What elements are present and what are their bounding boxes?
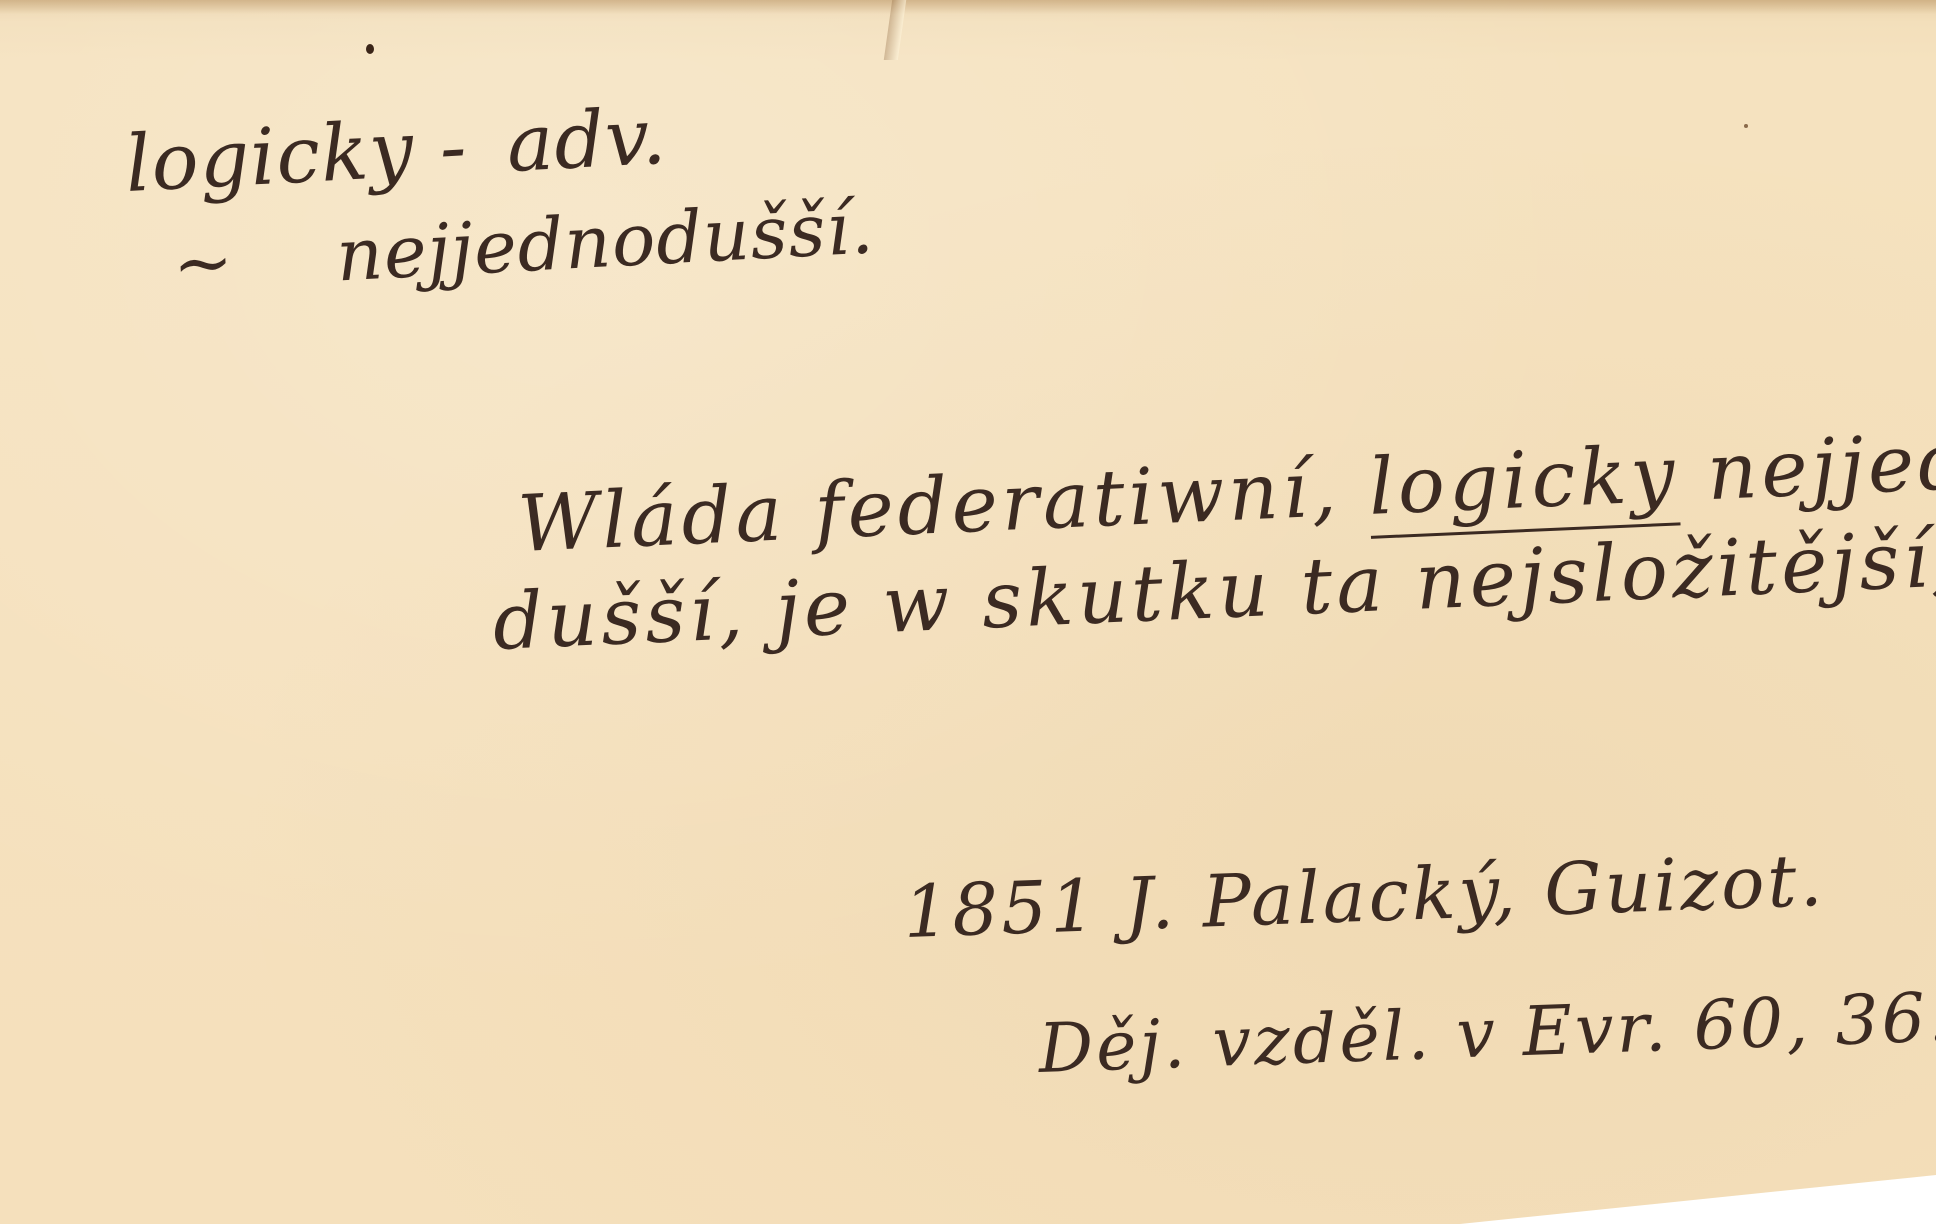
quotation-keyword-underlined: logicky <box>1367 429 1680 532</box>
headword-line: logicky - adv. <box>123 92 669 210</box>
variant-form: nejjednodušší. <box>334 185 876 297</box>
ink-speck <box>366 44 374 54</box>
repeat-mark-icon: ~ <box>171 216 285 306</box>
attribution-author: 1851 J. Palacký, Guizot. <box>902 838 1826 954</box>
variant-line: ~ nejjednodušší. <box>171 185 877 306</box>
ink-speck <box>1744 124 1748 128</box>
quotation-text: nejjedno- <box>1676 411 1936 520</box>
headword: logicky <box>123 105 416 210</box>
attribution-source: Děj. vzděl. v Evr. 60, 36. <box>1037 978 1936 1089</box>
card-top-edge-shadow <box>0 0 1936 14</box>
index-card: logicky - adv. ~ nejjednodušší. Wláda fe… <box>0 0 1936 1224</box>
attribution-text: 1851 J. Palacký, Guizot. <box>902 838 1826 954</box>
part-of-speech: adv. <box>505 92 670 190</box>
source-reference: Děj. vzděl. v Evr. 60, 36. <box>1037 978 1936 1089</box>
headword-separator: - <box>437 102 469 193</box>
